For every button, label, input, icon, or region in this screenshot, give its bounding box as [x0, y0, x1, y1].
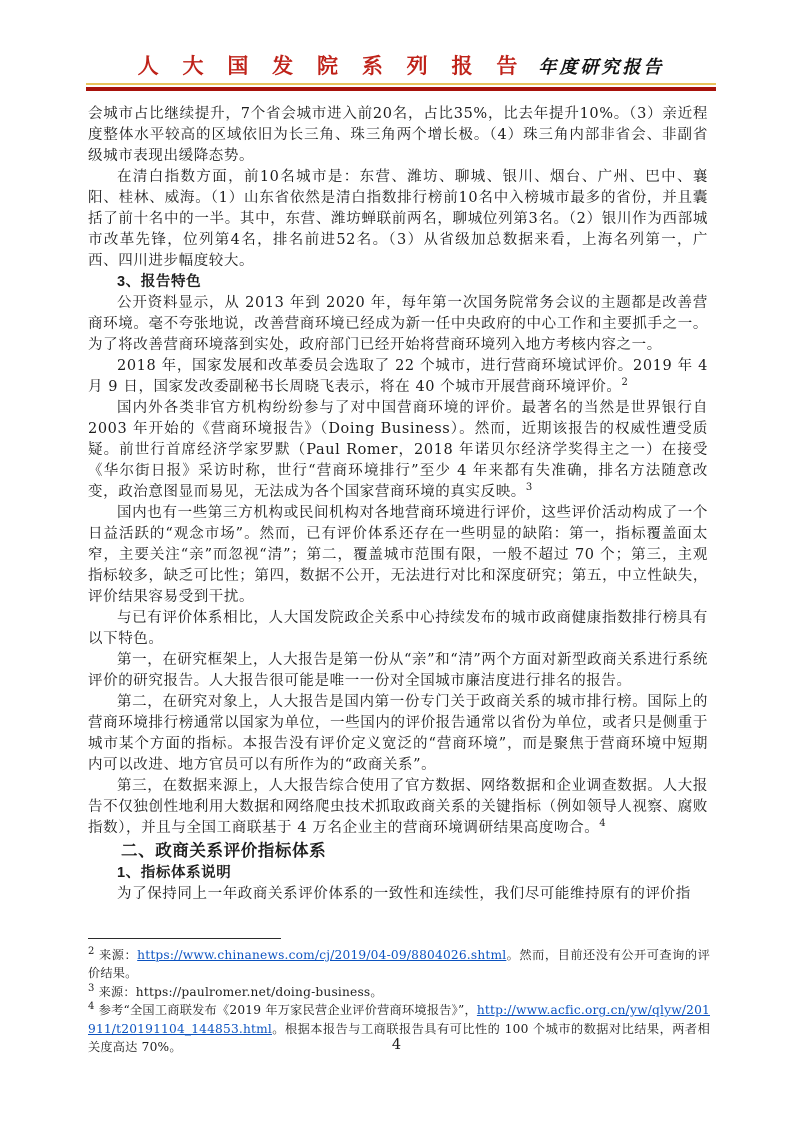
body-content: 会城市占比继续提升，7个省会城市进入前20名，占比35%，比去年提升10%。（3… [88, 104, 708, 905]
footnote-ref-3[interactable]: 3 [526, 482, 533, 493]
paragraph: 国内外各类非官方机构纷纷参与了对中国营商环境的评价。最著名的当然是世界银行自 2… [88, 398, 708, 503]
footnote-3: 3 来源：https://paulromer.net/doing-busines… [88, 983, 710, 1001]
red-rule-line [86, 87, 716, 91]
edition-label: 年度研究报告 [538, 57, 664, 78]
paragraph: 第一，在研究框架上，人大报告是第一份从“亲”和“清”两个方面对新型政商关系进行系… [88, 650, 708, 692]
footnote-ref-4[interactable]: 4 [599, 818, 606, 829]
subsection-heading-indicator-description: 1、指标体系说明 [88, 863, 708, 884]
paragraph: 与已有评价体系相比，人大国发院政企关系中心持续发布的城市政商健康指数排行榜具有以… [88, 608, 708, 650]
page-number: 4 [0, 1037, 793, 1053]
paragraph: 第二，在研究对象上，人大报告是国内第一份专门关于政商关系的城市排行榜。国际上的营… [88, 692, 708, 776]
document-page: 人 大 国 发 院 系 列 报 告年度研究报告 会城市占比继续提升，7个省会城市… [0, 0, 793, 1122]
footnote-2: 2 来源：https://www.chinanews.com/cj/2019/0… [88, 946, 710, 983]
paragraph: 2018 年，国家发展和改革委员会选取了 22 个城市，进行营商环境试评价。20… [88, 356, 708, 398]
section-heading-indicator-system: 二、政商关系评价指标体系 [88, 839, 708, 863]
paragraph-continuation: 会城市占比继续提升，7个省会城市进入前20名，占比35%，比去年提升10%。（3… [88, 104, 708, 167]
footnote-separator [88, 938, 281, 939]
report-header: 人 大 国 发 院 系 列 报 告年度研究报告 [86, 50, 716, 80]
paragraph: 公开资料显示，从 2013 年到 2020 年，每年第一次国务院常务会议的主题都… [88, 293, 708, 356]
subsection-heading-report-features: 3、报告特色 [88, 272, 708, 293]
header-rule [86, 83, 716, 91]
footnote-ref-2[interactable]: 2 [622, 377, 629, 388]
paragraph: 为了保持同上一年政商关系评价体系的一致性和连续性，我们尽可能维持原有的评价指 [88, 884, 708, 905]
footnote-2-link[interactable]: https://www.chinanews.com/cj/2019/04-09/… [137, 948, 506, 962]
paragraph: 国内也有一些第三方机构或民间机构对各地营商环境进行评价，这些评价活动构成了一个日… [88, 503, 708, 608]
paragraph: 在清白指数方面，前10名城市是：东营、潍坊、聊城、银川、烟台、广州、巴中、襄阳、… [88, 167, 708, 272]
series-title: 人 大 国 发 院 系 列 报 告 [138, 55, 527, 78]
paragraph: 第三，在数据来源上，人大报告综合使用了官方数据、网络数据和企业调查数据。人大报告… [88, 776, 708, 839]
